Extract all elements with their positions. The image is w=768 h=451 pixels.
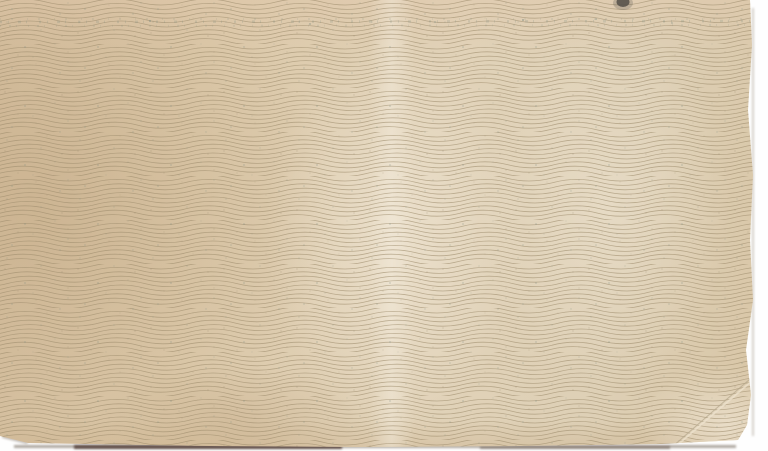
- paper-right-edge-shadow: [752, 8, 754, 436]
- paper-bottom-shadow-mid-segment: [480, 446, 670, 449]
- aged-paper-sheet: [0, 0, 768, 451]
- scanned-image: [0, 0, 768, 451]
- speckle-texture-fill: [0, 0, 758, 451]
- paper-texture-svg: [0, 0, 768, 451]
